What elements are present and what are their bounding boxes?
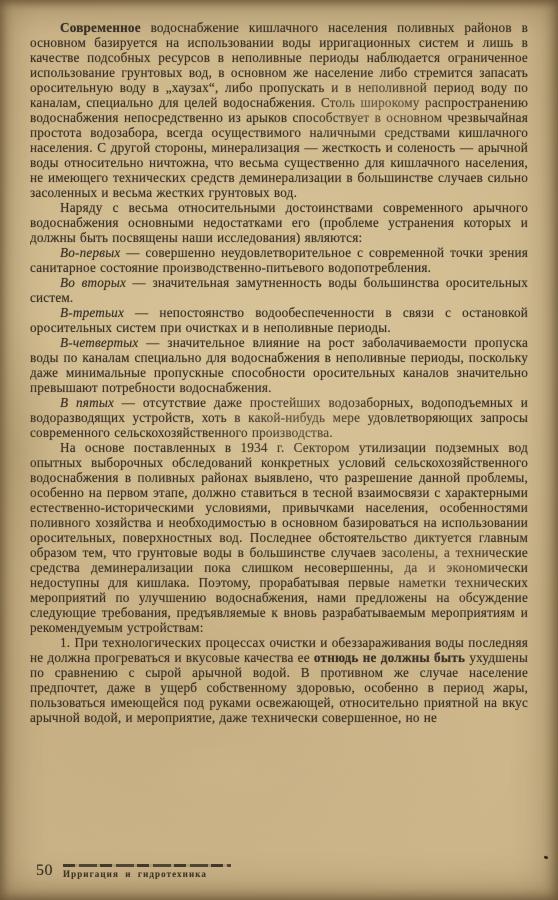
signature-block: Ирригация и гидротехника <box>63 864 231 879</box>
ink-speck <box>544 855 549 859</box>
page-footer: 50 Ирригация и гидротехника <box>36 863 231 879</box>
running-title: Ирригация и гидротехника <box>63 869 231 879</box>
paragraph: На основе поставленных в 1934 г. Секторо… <box>30 440 528 635</box>
paragraph: 1. При технологических процессах очистки… <box>30 635 528 725</box>
text-segment: Наряду с весьма относительными достоинст… <box>30 200 528 245</box>
paragraph: Наряду с весьма относительными достоинст… <box>30 200 528 245</box>
paragraph: Во-первых — совершенно неудовлетворитель… <box>30 245 528 275</box>
text-segment: В-третьих <box>60 305 124 320</box>
text-segment: На основе поставленных в 1934 г. Секторо… <box>30 440 528 635</box>
text-segment: Современное <box>60 20 141 35</box>
paragraph: В-четвертых — значительное влияние на ро… <box>30 335 528 395</box>
paragraph: Во вторых — значительная замутненность в… <box>30 275 528 305</box>
footer-rule <box>63 864 231 867</box>
paragraph: Современное водоснабжение кишлачного нас… <box>30 20 528 200</box>
paragraph: В-третьих — непостоянство водообеспеченн… <box>30 305 528 335</box>
text-segment: Во-первых <box>60 245 120 260</box>
text-segment: Во вторых <box>60 275 126 290</box>
text-segment: В пятых <box>60 395 114 410</box>
text-segment: В-четвертых <box>60 335 138 350</box>
page-text: Современное водоснабжение кишлачного нас… <box>30 20 528 846</box>
scanned-book-page: Современное водоснабжение кишлачного нас… <box>0 0 558 900</box>
paragraph: В пятых — отсутствие даже простейших вод… <box>30 395 528 440</box>
page-number: 50 <box>36 863 53 879</box>
text-segment: отнюдь не должны быть <box>314 650 465 665</box>
text-segment: водоснабжение кишлачного населения полив… <box>30 20 528 200</box>
